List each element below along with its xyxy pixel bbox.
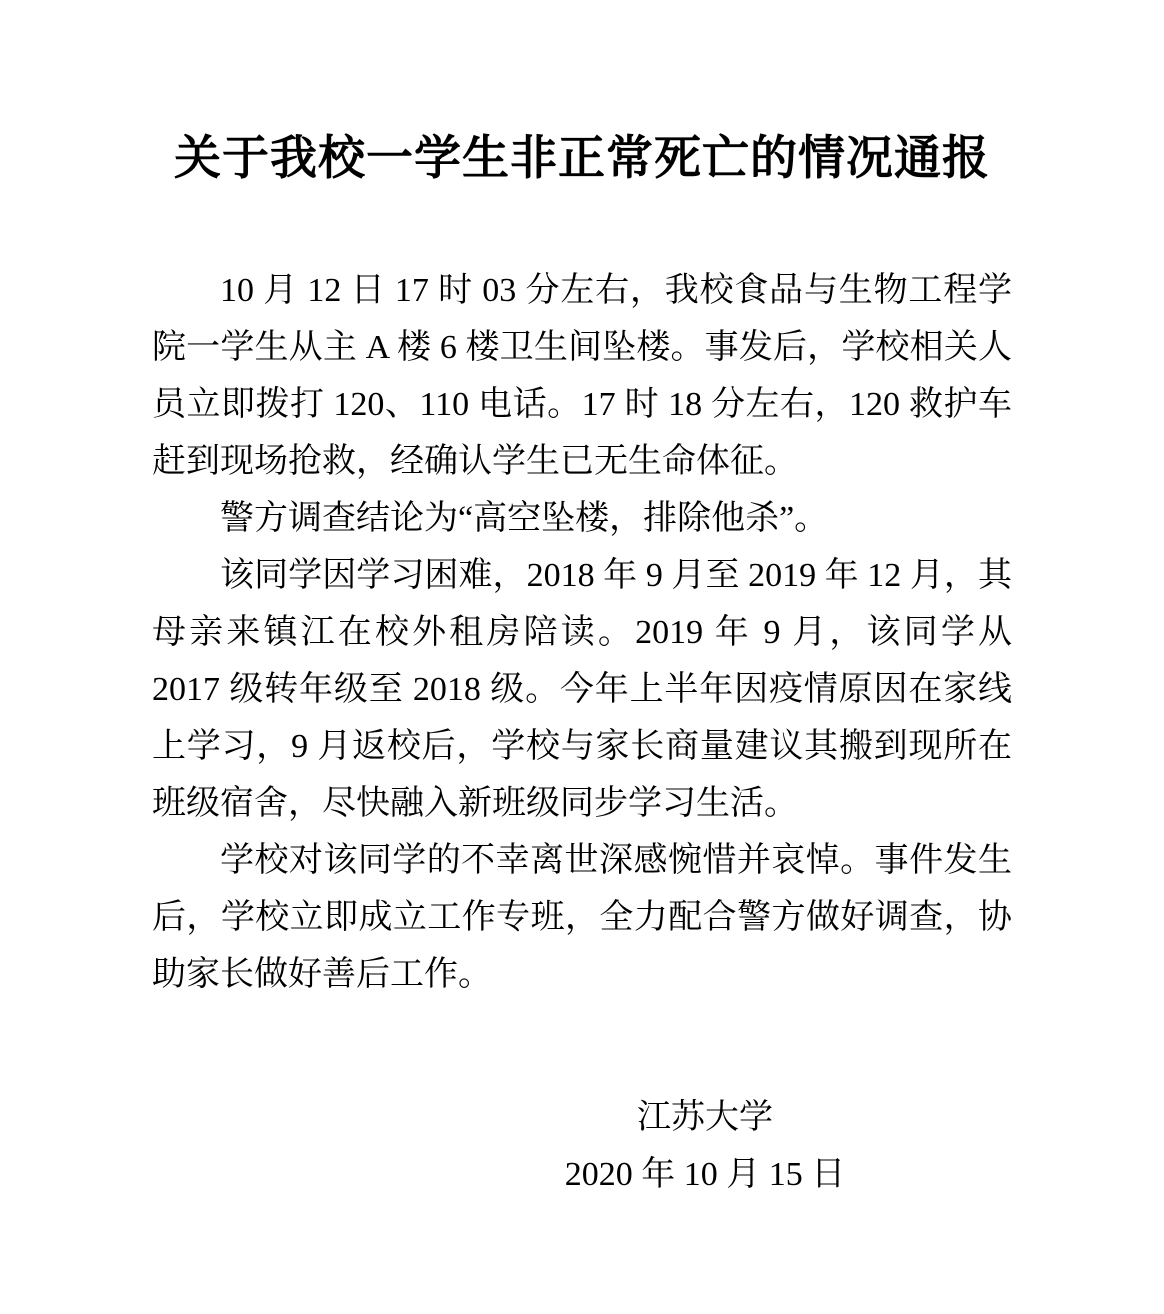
signature-block: 江苏大学 2020 年 10 月 15 日 — [505, 1089, 905, 1203]
paragraph-response: 学校对该同学的不幸离世深感惋惜并哀悼。事件发生后，学校立即成立工作专班，全力配合… — [152, 832, 1012, 1003]
document-title: 关于我校一学生非正常死亡的情况通报 — [0, 0, 1164, 190]
document-page: 关于我校一学生非正常死亡的情况通报 10 月 12 日 17 时 03 分左右，… — [0, 0, 1164, 1314]
document-body: 10 月 12 日 17 时 03 分左右，我校食品与生物工程学院一学生从主 A… — [0, 262, 1164, 1003]
signature-organization: 江苏大学 — [505, 1089, 905, 1146]
paragraph-background: 该同学因学习困难，2018 年 9 月至 2019 年 12 月，其母亲来镇江在… — [152, 547, 1012, 832]
paragraph-incident: 10 月 12 日 17 时 03 分左右，我校食品与生物工程学院一学生从主 A… — [152, 262, 1012, 490]
signature-date: 2020 年 10 月 15 日 — [505, 1146, 905, 1203]
paragraph-police-conclusion: 警方调查结论为“高空坠楼，排除他杀”。 — [152, 490, 1012, 547]
